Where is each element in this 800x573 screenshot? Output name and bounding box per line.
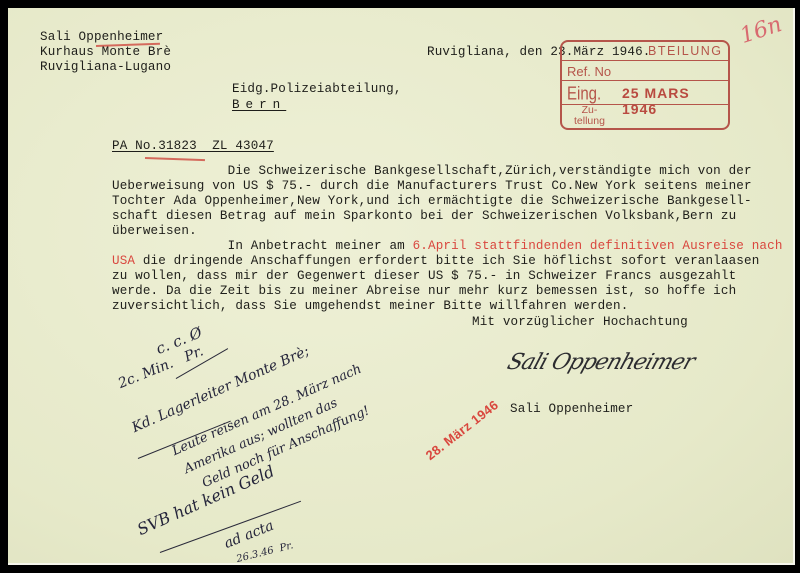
sender-address-line1: Kurhaus Monte Brè (40, 45, 171, 60)
stamp-zuteilung-label: Zu- tellung (574, 105, 605, 127)
body-line: In Anbetracht meiner am 6.April stattfin… (112, 239, 783, 254)
body-text: In Anbetracht meiner am (112, 239, 413, 253)
closing: Mit vorzüglicher Hochachtung (472, 315, 688, 330)
body-line: werde. Da die Zeit bis zu meiner Abreise… (112, 284, 736, 299)
body-line: Ueberweisung von US $ 75.- durch die Man… (112, 179, 752, 194)
stamp-ref-label: Ref. No (567, 64, 611, 79)
handwritten-signature: Sali Oppenheimer (504, 350, 697, 375)
sender-address-line2: Ruvigliana-Lugano (40, 60, 171, 75)
body-text: die dringende Anschaffungen erfordert bi… (135, 254, 759, 268)
recipient-line1: Eidg.Polizeiabteilung, (232, 82, 402, 97)
body-line: schaft diesen Betrag auf mein Sparkonto … (112, 209, 736, 224)
stamp-divider (562, 80, 728, 81)
stamp-divider (562, 60, 728, 61)
reference-number: PA No.31823 ZL 43047 (112, 139, 274, 154)
body-line: USA die dringende Anschaffungen erforder… (112, 254, 759, 269)
stamp-header: BTEILUNG (648, 44, 723, 58)
body-line: Tochter Ada Oppenheimer,New York,und ich… (112, 194, 752, 209)
stamp-eing-date: 25 MARS 1946 (622, 85, 728, 117)
body-line: überweisen. (112, 224, 197, 239)
body-line: zuversichtlich, dass Sie umgehendst mein… (112, 299, 628, 314)
recipient-line2: Bern (232, 98, 286, 113)
highlighted-departure-text: 6.April stattfindenden definitiven Ausre… (413, 239, 783, 253)
body-line: Die Schweizerische Bankgesellschaft,Züri… (112, 164, 752, 179)
stamp-eing-label: Eing. (567, 84, 601, 104)
receipt-stamp: BTEILUNG Ref. No Eing. 25 MARS 1946 Zu- … (560, 40, 730, 130)
highlighted-usa-text: USA (112, 254, 135, 268)
body-line: zu wollen, dass mir der Gegenwert dieser… (112, 269, 736, 284)
typed-signature: Sali Oppenheimer (510, 402, 633, 417)
